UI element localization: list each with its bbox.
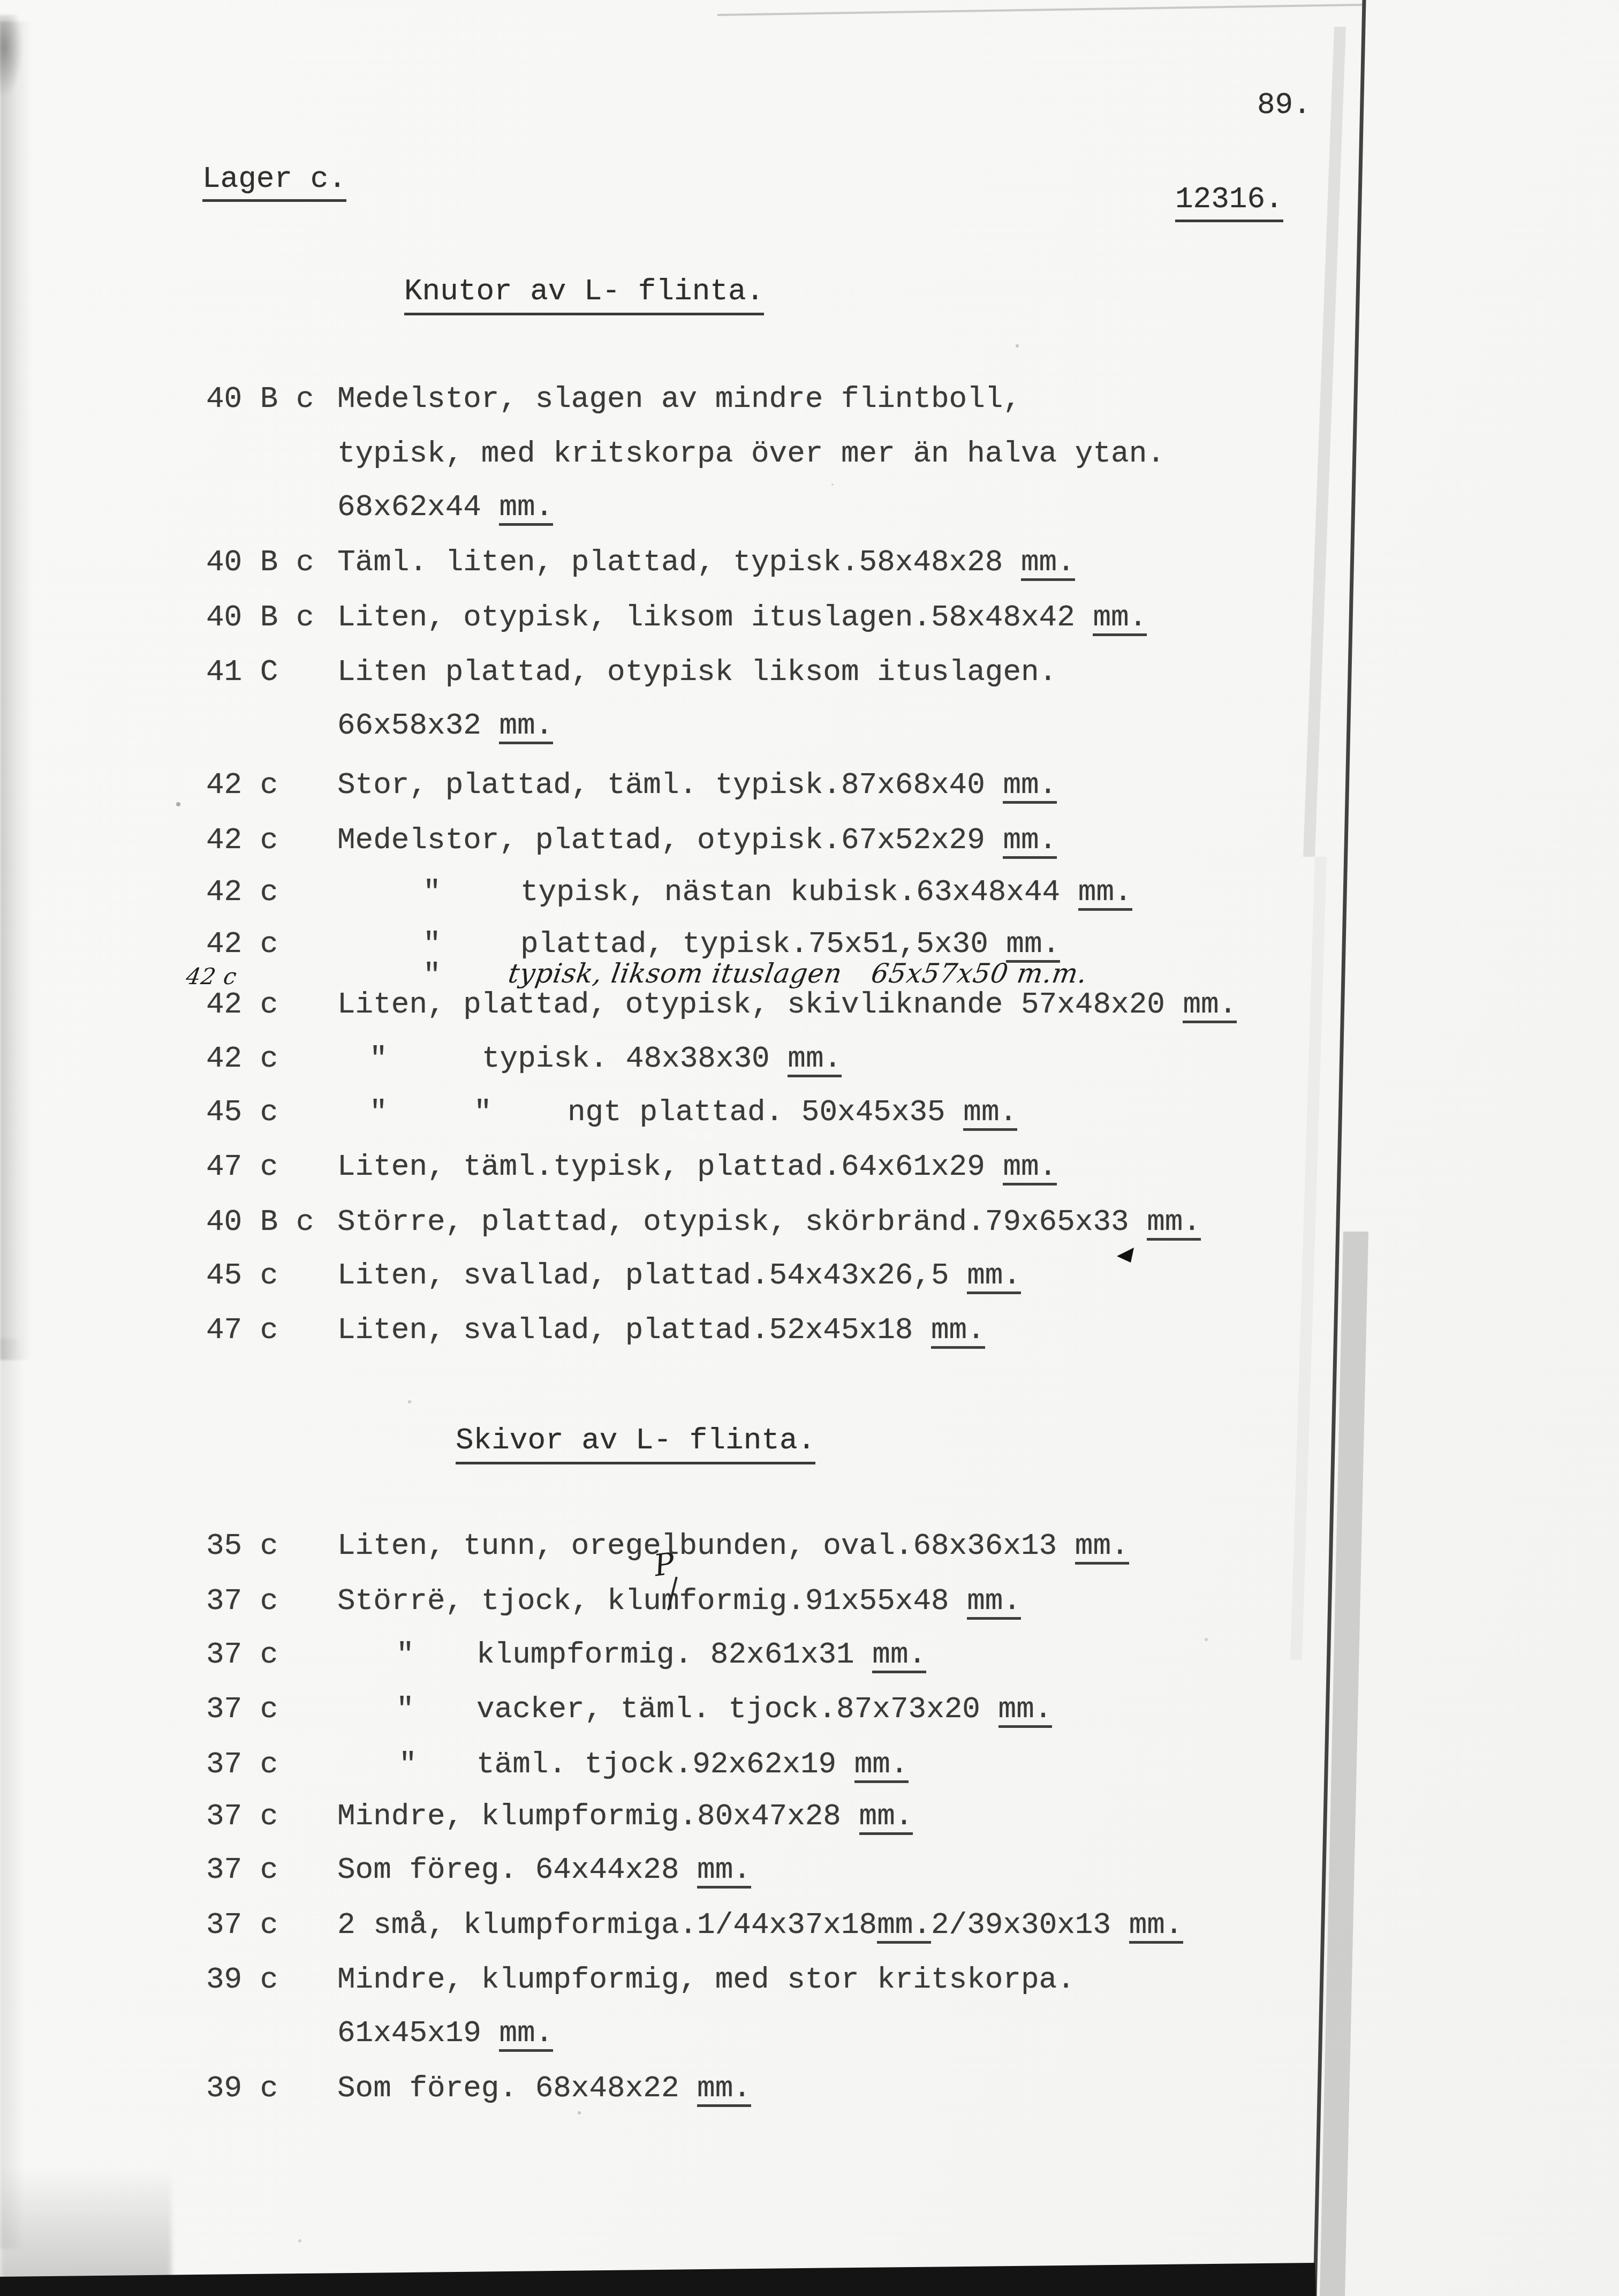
row-text: Medelstor, slagen av mindre flintboll, <box>337 382 1021 416</box>
catalog-row: 37 c"täml. tjock.92x62x19 mm. <box>0 1748 1619 1783</box>
unit-underlined: mm. <box>1003 825 1057 859</box>
row-text: Liten, täml.typisk, plattad.64x61x29 mm. <box>337 1150 1057 1185</box>
unit-underlined: mm. <box>998 1694 1053 1728</box>
catalog-row: 42 c"typisk. 48x38x30 mm. <box>0 1042 1619 1077</box>
dust-speck <box>1016 344 1019 348</box>
top-edge-line <box>717 5 1363 15</box>
row-text: 66x58x32 mm. <box>337 709 553 744</box>
unit-underlined: mm. <box>859 1801 913 1835</box>
find-number-label: 37 c <box>206 1853 278 1886</box>
row-text: ngt plattad. 50x45x35 mm. <box>568 1096 1017 1131</box>
row-text: typisk. 48x38x30 mm. <box>482 1042 842 1077</box>
layer-label: Lager c. <box>202 162 346 202</box>
row-text: Stor, plattad, täml. typisk.87x68x40 mm. <box>337 768 1057 804</box>
row-text: typisk, med kritskorpa över mer än halva… <box>337 437 1165 470</box>
find-number-label: 40 B c <box>206 546 314 579</box>
row-text: " <box>396 1693 414 1726</box>
catalog-row: 47 cLiten, svallad, plattad.52x45x18 mm. <box>0 1313 1619 1349</box>
scan-edge-artifacts <box>0 0 1619 2296</box>
catalog-row: 39 cMindre, klumpformig, med stor kritsk… <box>0 1963 1619 1998</box>
catalog-row: 40 B cTäml. liten, plattad, typisk.58x48… <box>0 546 1619 581</box>
find-number-label: 42 c <box>206 875 278 909</box>
catalog-row: 42 cLiten, plattad, otypisk, skivliknand… <box>0 988 1619 1023</box>
catalog-row: 37 c2 små, klumpformiga.1/44x37x18mm.2/3… <box>0 1908 1619 1944</box>
find-number-label: 45 c <box>206 1259 278 1292</box>
unit-underlined: mm. <box>499 2018 553 2052</box>
unit-underlined: mm. <box>1147 1207 1201 1241</box>
row-text: 2 små, klumpformiga.1/44x37x18mm.2/39x30… <box>337 1908 1183 1944</box>
scanned-document-page: 89. Lager c. 12316. Knutor av L- flinta.… <box>0 0 1619 2296</box>
catalog-row: 66x58x32 mm. <box>0 709 1619 744</box>
unit-underlined: mm. <box>697 1855 751 1889</box>
right-page-edge-line <box>1315 0 1364 2296</box>
catalog-row: 42 c"typisk, nästan kubisk.63x48x44 mm. <box>0 875 1619 911</box>
row-text: täml. tjock.92x62x19 mm. <box>476 1748 909 1783</box>
dust-speck <box>298 2239 301 2242</box>
bottom-scan-band <box>0 2263 1316 2296</box>
catalog-row: 45 cLiten, svallad, plattad.54x43x26,5 m… <box>0 1259 1619 1294</box>
unit-underlined: mm. <box>1183 990 1237 1023</box>
unit-underlined: mm. <box>1075 1531 1129 1565</box>
find-number-label: 37 c <box>206 1748 278 1781</box>
find-number-label: 40 B c <box>206 601 314 634</box>
row-text: Mindre, klumpformig.80x47x28 mm. <box>337 1800 913 1835</box>
row-text: Mindre, klumpformig, med stor kritskorpa… <box>337 1963 1075 1996</box>
row-text: Liten, svallad, plattad.54x43x26,5 mm. <box>337 1259 1021 1294</box>
row-text: Liten, svallad, plattad.52x45x18 mm. <box>337 1313 985 1349</box>
catalog-row: 40 B cMedelstor, slagen av mindre flintb… <box>0 382 1619 418</box>
row-text: " <box>474 1096 492 1129</box>
catalog-row: 45 c""ngt plattad. 50x45x35 mm. <box>0 1096 1619 1131</box>
unit-underlined: mm. <box>877 1910 931 1944</box>
inventory-number: 12316. <box>1175 182 1283 222</box>
top-left-ink-blob <box>0 15 22 95</box>
find-number-label: 42 c <box>206 988 278 1021</box>
unit-underlined: mm. <box>967 1586 1021 1620</box>
dust-speck <box>578 2111 581 2114</box>
row-text: Liten, plattad, otypisk, skivliknande 57… <box>337 988 1237 1023</box>
catalog-row: 61x45x19 mm. <box>0 2016 1619 2052</box>
dust-speck <box>408 1400 411 1403</box>
section-title-skivor: Skivor av L- flinta. <box>456 1423 815 1464</box>
row-text: Som föreg. 68x48x22 mm. <box>337 2072 751 2107</box>
find-number-label: 42 c <box>206 927 278 961</box>
find-number-label: 41 C <box>206 655 278 689</box>
unit-underlined: mm. <box>1129 1910 1183 1944</box>
row-text: Täml. liten, plattad, typisk.58x48x28 mm… <box>337 546 1075 581</box>
row-text: klumpformig. 82x61x31 mm. <box>476 1638 926 1673</box>
catalog-row: 40 B cStörre, plattad, otypisk, skörbrän… <box>0 1205 1619 1241</box>
catalog-row: 42 cMedelstor, plattad, otypisk.67x52x29… <box>0 824 1619 859</box>
unit-underlined: mm. <box>499 711 553 744</box>
find-number-label: 45 c <box>206 1096 278 1129</box>
left-edge-smudge <box>0 21 32 1360</box>
find-number-label: 37 c <box>206 1638 278 1671</box>
row-text: 68x62x44 mm. <box>337 490 553 526</box>
row-text: " <box>369 1042 388 1075</box>
catalog-row: 42 cStor, plattad, täml. typisk.87x68x40… <box>0 768 1619 804</box>
row-text: " <box>423 927 441 961</box>
catalog-row: 37 cStörrë, tjock, klumformig.91x55x48 m… <box>0 1584 1619 1620</box>
handwritten-text: 65x57x50 m.m. <box>869 958 1090 988</box>
find-number-label: 37 c <box>206 1584 278 1618</box>
row-text: " <box>399 1748 417 1781</box>
unit-underlined: mm. <box>788 1044 842 1077</box>
catalog-row: 47 cLiten, täml.typisk, plattad.64x61x29… <box>0 1150 1619 1185</box>
row-text: " <box>369 1096 388 1129</box>
find-number-label: 42 c <box>206 768 278 802</box>
row-text: " <box>423 875 441 909</box>
find-number-label: 47 c <box>206 1313 278 1347</box>
unit-underlined: mm. <box>1078 877 1132 911</box>
row-text: " <box>423 958 441 992</box>
row-text: Större, plattad, otypisk, skörbränd.79x6… <box>337 1205 1201 1241</box>
find-number-label: 40 B c <box>206 1205 314 1238</box>
unit-underlined: mm. <box>967 1260 1021 1294</box>
unit-underlined: mm. <box>963 1097 1017 1131</box>
row-text: Liten, tunn, oregelbunden, oval.68x36x13… <box>337 1529 1129 1565</box>
find-number-label: 47 c <box>206 1150 278 1183</box>
catalog-row: 35 cLiten, tunn, oregelbunden, oval.68x3… <box>0 1529 1619 1565</box>
find-number-label: 42 c <box>206 1042 278 1075</box>
row-text: typisk, nästan kubisk.63x48x44 mm. <box>520 875 1132 911</box>
catalog-row: 37 cSom föreg. 64x44x28 mm. <box>0 1853 1619 1889</box>
unit-underlined: mm. <box>931 1315 985 1349</box>
handwritten-text: typisk, liksom ituslagen <box>506 958 845 988</box>
unit-underlined: mm. <box>854 1749 909 1783</box>
catalog-row: typisk, med kritskorpa över mer än halva… <box>0 437 1619 472</box>
unit-underlined: mm. <box>697 2073 751 2107</box>
row-text: 61x45x19 mm. <box>337 2016 553 2052</box>
unit-underlined: mm. <box>1003 770 1057 804</box>
row-text: Som föreg. 64x44x28 mm. <box>337 1853 751 1889</box>
row-text: Medelstor, plattad, otypisk.67x52x29 mm. <box>337 824 1057 859</box>
bottom-left-haze <box>0 2169 171 2281</box>
row-text: Liten plattad, otypisk liksom ituslagen. <box>337 655 1057 689</box>
find-number-label: 42 c <box>206 824 278 857</box>
catalog-row: 39 cSom föreg. 68x48x22 mm. <box>0 2072 1619 2107</box>
catalog-row: 68x62x44 mm. <box>0 490 1619 526</box>
row-text: Liten, otypisk, liksom ituslagen.58x48x4… <box>337 601 1147 636</box>
find-number-label: 37 c <box>206 1800 278 1833</box>
catalog-row: 37 cMindre, klumpformig.80x47x28 mm. <box>0 1800 1619 1835</box>
row-text: " <box>396 1638 414 1671</box>
find-number-label: 39 c <box>206 1963 278 1996</box>
left-edge-smudge-lower <box>0 1339 25 2249</box>
page-number: 89. <box>1257 88 1311 122</box>
unit-underlined: mm. <box>499 492 553 526</box>
unit-underlined: mm. <box>1003 1152 1057 1185</box>
catalog-row: 37 c"vacker, täml. tjock.87x73x20 mm. <box>0 1693 1619 1728</box>
find-number-label: 37 c <box>206 1693 278 1726</box>
unit-underlined: mm. <box>1093 602 1147 636</box>
find-number-label: 40 B c <box>206 382 314 416</box>
find-number-label: 37 c <box>206 1908 278 1942</box>
unit-underlined: mm. <box>1021 547 1075 581</box>
row-text: Störrë, tjock, klumformig.91x55x48 mm. <box>337 1584 1021 1620</box>
catalog-row: 40 B cLiten, otypisk, liksom ituslagen.5… <box>0 601 1619 636</box>
unit-underlined: mm. <box>872 1640 926 1673</box>
catalog-row: 37 c"klumpformig. 82x61x31 mm. <box>0 1638 1619 1673</box>
find-number-label: 39 c <box>206 2072 278 2105</box>
catalog-row: 41 CLiten plattad, otypisk liksom itusla… <box>0 655 1619 691</box>
row-text: vacker, täml. tjock.87x73x20 mm. <box>476 1693 1052 1728</box>
dust-speck <box>831 484 834 486</box>
find-number-label: 35 c <box>206 1529 278 1562</box>
section-title-knutor: Knutor av L- flinta. <box>404 274 764 315</box>
